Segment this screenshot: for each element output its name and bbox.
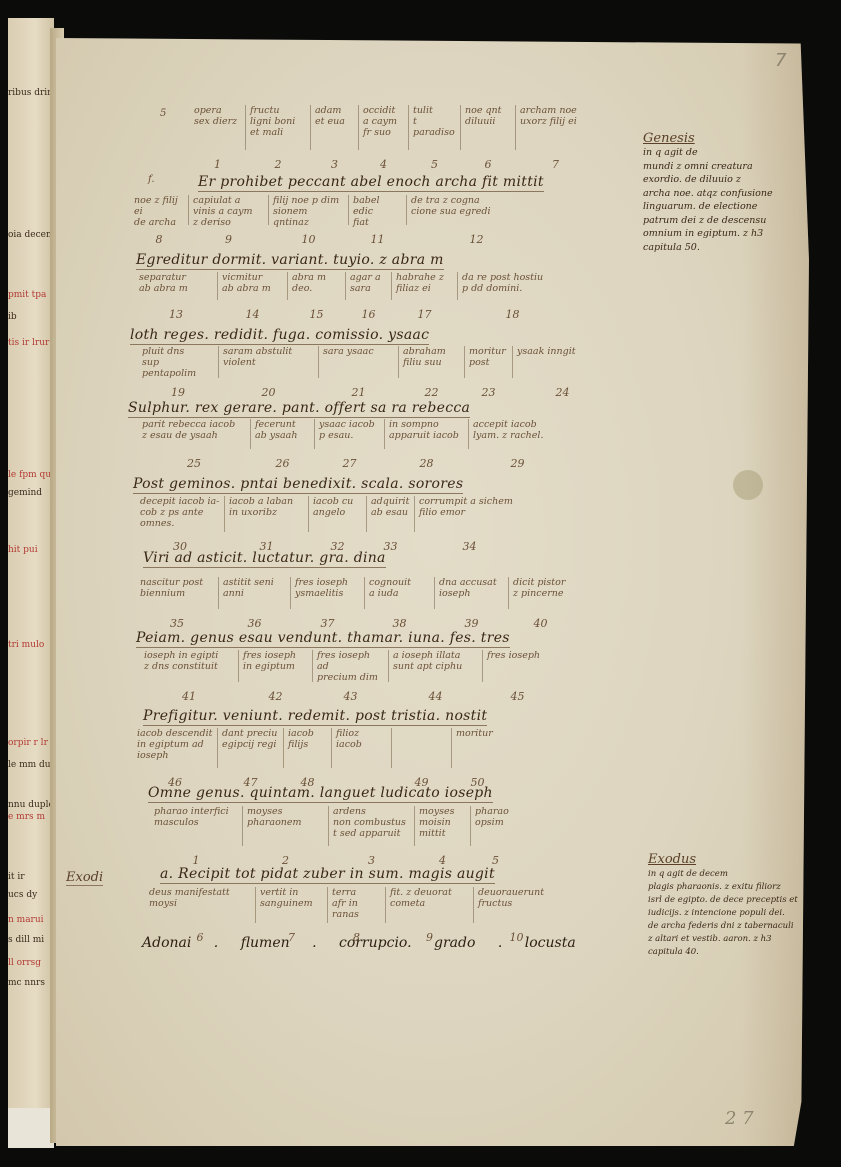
cell-number: 27: [315, 458, 384, 469]
cell-number: 20: [219, 387, 318, 398]
table-cell: dant preciu egipcij regi47: [217, 728, 283, 768]
table-cell: fres ioseph45: [482, 650, 552, 682]
cell-number: 38: [365, 618, 434, 629]
cell-text: iacob filijs: [288, 728, 327, 750]
leaf-note: gemind: [8, 488, 42, 499]
cell-text: filij noe p dim sionem qntinaz: [273, 195, 344, 228]
plagues-line: Adonai . flumen . corrupcio. grado . loc…: [142, 935, 576, 951]
table-cell: astitit seni anni36: [218, 577, 290, 609]
cell-number: 43: [313, 691, 388, 702]
cell-number: 41: [140, 691, 238, 702]
table-cell: noe z filij ei de archa8: [130, 195, 188, 225]
cell-text: iacob cu angelo: [313, 496, 362, 518]
row-cells: noe z filij ei de archa8capiulat a vinis…: [130, 195, 546, 225]
table-cell: nascitur post biennium35: [136, 577, 218, 609]
table-cell: moyses moisin mittit4: [414, 806, 470, 846]
cell-number: 4: [415, 855, 470, 866]
cell-number: 45: [483, 691, 552, 702]
row-cells: separatur ab abra m13vicmitur ab abra m1…: [135, 272, 567, 300]
table-cell: fructu ligni boni et mali2: [245, 105, 310, 150]
row-heading: Er prohibet peccant abel enoch archa fit…: [198, 174, 544, 192]
row-cells: opera sex dierz1fructu ligni boni et mal…: [190, 105, 595, 150]
cell-text: agar a sara: [350, 272, 387, 294]
table-cell: deuorauerunt fructus10: [473, 887, 559, 923]
cell-number: 42: [239, 691, 312, 702]
table-cell: filioz iacob: [331, 728, 391, 768]
table-cell: in sompno apparuit iacob28: [384, 419, 468, 449]
row-heading: Egreditur dormit. variant. tuyio. z abra…: [136, 252, 444, 270]
cell-number: 29: [469, 458, 566, 469]
leaf-note: orpir r lr: [8, 738, 48, 749]
cell-text: abra m deo.: [292, 272, 341, 294]
cell-text: dna accusat ioseph: [439, 577, 504, 599]
cell-number: 17: [392, 309, 457, 320]
leaf-note: e mrs m: [8, 812, 45, 823]
row-cells: pluit dns sup pentapolim19saram abstulit…: [138, 346, 612, 378]
table-cell: moyses pharaonem2: [242, 806, 328, 846]
cell-text: ysaak inngit: [517, 346, 608, 357]
row-cells: ioseph in egipti z dns constituit41fres …: [140, 650, 552, 682]
table-cell: adquirit ab esau33: [366, 496, 414, 532]
cell-text: fit. z deuorat cometa: [390, 887, 469, 909]
cell-number: 40: [509, 618, 572, 629]
table-cell: abra m deo.15: [287, 272, 345, 300]
table-cell: filij noe p dim sionem qntinaz10: [268, 195, 348, 225]
cell-number: 21: [319, 387, 398, 398]
exodi-margin-label: Exodi: [66, 870, 103, 886]
cell-text: dant preciu egipcij regi: [222, 728, 279, 750]
cell-number: 5: [409, 159, 460, 170]
table-cell: fres ioseph in egiptum42: [238, 650, 312, 682]
table-cell: corrumpit a sichem filio emor34: [414, 496, 524, 532]
leaf-note: ucs dy: [8, 890, 37, 901]
table-cell: abraham filiu suu22: [398, 346, 464, 378]
cell-text: fres ioseph: [487, 650, 548, 661]
cell-text: capiulat a vinis a caym z deriso: [193, 195, 264, 228]
cell-text: a ioseph illata sunt apt ciphu: [393, 650, 478, 672]
cell-number: 28: [385, 458, 468, 469]
genesis-side-note: Genesis in q agit de mundi z omni creatu…: [643, 118, 818, 254]
table-cell: occidit a caym fr suo4: [358, 105, 408, 150]
cell-text: habrahe z filiaz ei: [396, 272, 453, 294]
cell-text: noe z filij ei de archa: [134, 195, 184, 228]
table-cell: ardens non combustus t sed apparuit3: [328, 806, 414, 846]
cell-text: babel edic fiat: [353, 195, 402, 228]
table-cell: moritur post23: [464, 346, 512, 378]
table-cell: dicit pistor z pincerne40: [508, 577, 572, 609]
cell-number: 5: [471, 855, 520, 866]
row-heading: Sulphur. rex gerare. pant. offert sa ra …: [128, 400, 470, 418]
leaf-note: it ir: [8, 872, 25, 883]
cell-text: in sompno apparuit iacob: [389, 419, 464, 441]
row-heading: Peiam. genus esau vendunt. thamar. iuna.…: [136, 630, 510, 648]
table-cell: agar a sara16: [345, 272, 391, 300]
table-cell: cognouit a iuda38: [364, 577, 434, 609]
row-heading: Prefigitur. veniunt. redemit. post trist…: [143, 708, 487, 726]
leaf-note: pmit tpa: [8, 290, 46, 301]
row-heading: Viri ad asticit. luctatur. gra. dina: [143, 550, 386, 568]
exodus-side-note: Exodus in q agit de decem plagis pharaon…: [648, 840, 833, 959]
cell-number: 2: [243, 855, 328, 866]
table-cell: sara ysaac21: [318, 346, 398, 378]
table-cell: saram abstulit violent20: [218, 346, 318, 378]
cell-number: 22: [399, 387, 464, 398]
cell-text: decepit iacob ia- cob z ps ante omnes.: [140, 496, 220, 529]
cell-text: moritur post: [469, 346, 508, 368]
table-cell: iacob descendit in egiptum ad ioseph46: [133, 728, 217, 768]
genesis-note-text: in q agit de mundi z omni creatura exord…: [643, 147, 773, 253]
cell-text: noe qnt diluuii: [465, 105, 511, 127]
row-heading: a. Recipit tot pidat zuber in sum. magis…: [160, 866, 495, 884]
table-cell: vicmitur ab abra m14: [217, 272, 287, 300]
table-cell: terra afr in ranas8: [327, 887, 385, 923]
cell-text: adam et eua: [315, 105, 354, 127]
cell-number: 3: [329, 855, 414, 866]
table-cell: tulit t paradiso5: [408, 105, 460, 150]
binding-edge: [8, 1108, 54, 1148]
leaf-note: hit pui: [8, 545, 38, 556]
cell-text: iacob descendit in egiptum ad ioseph: [137, 728, 213, 761]
cell-number: 19: [138, 387, 218, 398]
leaf-note: s dill mi: [8, 935, 44, 946]
cell-number: 3: [311, 159, 358, 170]
table-cell: iacob cu angelo32: [308, 496, 366, 532]
row-cells: nascitur post biennium35astitit seni ann…: [136, 577, 572, 609]
table-cell: dna accusat ioseph39: [434, 577, 508, 609]
cell-text: fres ioseph ad precium dim: [317, 650, 384, 683]
cell-number: 24: [513, 387, 612, 398]
cell-text: tulit t paradiso: [413, 105, 456, 138]
table-cell: fecerunt ab ysaah26: [250, 419, 314, 449]
table-cell: fit. z deuorat cometa9: [385, 887, 473, 923]
table-cell: ysaak inngit24: [512, 346, 612, 378]
row-cells: iacob descendit in egiptum ad ioseph46da…: [133, 728, 503, 768]
exodus-heading: Exodus: [648, 852, 696, 867]
cell-number: 13: [135, 309, 217, 320]
table-cell: iacob filijs48: [283, 728, 331, 768]
table-cell: habrahe z filiaz ei17: [391, 272, 457, 300]
table-cell: separatur ab abra m13: [135, 272, 217, 300]
leaf-note: ib: [8, 312, 17, 323]
cell-text: nascitur post biennium: [140, 577, 214, 599]
cell-text: fres ioseph ysmaelitis: [295, 577, 360, 599]
table-cell: pharao opsim5: [470, 806, 520, 846]
cell-number: 10: [269, 234, 348, 245]
table-cell: pluit dns sup pentapolim19: [138, 346, 218, 378]
table-cell: capiulat a vinis a caym z deriso9: [188, 195, 268, 225]
cell-text: moyses moisin mittit: [419, 806, 466, 839]
pencil-number: 2 7: [725, 1108, 754, 1129]
cell-text: fructu ligni boni et mali: [250, 105, 306, 138]
table-cell: a ioseph illata sunt apt ciphu44: [388, 650, 482, 682]
cell-text: occidit a caym fr suo: [363, 105, 404, 138]
table-cell: babel edic fiat11: [348, 195, 406, 225]
row-marker: 5: [160, 108, 166, 119]
cell-number: 6: [461, 159, 515, 170]
cell-number: 14: [218, 309, 287, 320]
cell-number: 9: [189, 234, 268, 245]
cell-number: 2: [246, 159, 310, 170]
cell-number: 23: [465, 387, 512, 398]
cell-text: astitit seni anni: [223, 577, 286, 599]
table-cell: da re post hostiu p dd domini.18: [457, 272, 567, 300]
cell-text: separatur ab abra m: [139, 272, 213, 294]
cell-text: terra afr in ranas: [332, 887, 381, 920]
cell-text: vicmitur ab abra m: [222, 272, 283, 294]
table-cell: archam noe uxorz filij ei7: [515, 105, 595, 150]
cell-text: dicit pistor z pincerne: [513, 577, 568, 599]
parchment-stain: [733, 470, 763, 500]
cell-text: vertit in sanguinem: [260, 887, 323, 909]
table-cell: pharao interfici masculos1: [150, 806, 242, 846]
cell-number: 11: [349, 234, 406, 245]
cell-number: 44: [389, 691, 482, 702]
cell-number: 25: [138, 458, 250, 469]
cell-text: filioz iacob: [336, 728, 387, 750]
cell-number: 12: [407, 234, 546, 245]
genesis-heading: Genesis: [643, 131, 695, 146]
row-cells: decepit iacob ia- cob z ps ante omnes.30…: [136, 496, 524, 532]
cell-number: 4: [359, 159, 408, 170]
table-cell: accepit iacob lyam. z rachel.29: [468, 419, 566, 449]
cell-text: deuorauerunt fructus: [478, 887, 555, 909]
table-cell: noe qnt diluuii6: [460, 105, 515, 150]
cell-text: parit rebecca iacob z esau de ysaah: [142, 419, 246, 441]
table-cell: 49: [391, 728, 451, 768]
table-cell: opera sex dierz1: [190, 105, 245, 150]
cell-text: pharao interfici masculos: [154, 806, 238, 828]
cell-text: adquirit ab esau: [371, 496, 410, 518]
cell-text: ioseph in egipti z dns constituit: [144, 650, 234, 672]
table-cell: fres ioseph ysmaelitis37: [290, 577, 364, 609]
table-cell: de tra z cogna cione sua egredi12: [406, 195, 546, 225]
leaf-note: mc nnrs: [8, 978, 45, 989]
cell-number: 26: [251, 458, 314, 469]
cell-text: deus manifestatt moysi: [149, 887, 251, 909]
cell-text: sara ysaac: [323, 346, 394, 357]
row-heading: loth reges. redidit. fuga. comissio. ysa…: [130, 327, 429, 345]
cell-text: fecerunt ab ysaah: [255, 419, 310, 441]
cell-text: fres ioseph in egiptum: [243, 650, 308, 672]
cell-number: 7: [516, 159, 595, 170]
row-cells: deus manifestatt moysi6vertit in sanguin…: [145, 887, 559, 923]
table-cell: adam et eua3: [310, 105, 358, 150]
row-marker: f.: [148, 174, 155, 185]
cell-text: abraham filiu suu: [403, 346, 460, 368]
leaf-note: tis ir lrur: [8, 338, 49, 349]
cell-number: 35: [136, 618, 218, 629]
cell-text: pluit dns sup pentapolim: [142, 346, 214, 379]
cell-text: ysaac iacob p esau.: [319, 419, 380, 441]
cell-text: cognouit a iuda: [369, 577, 430, 599]
cell-text: de tra z cogna cione sua egredi: [411, 195, 542, 217]
cell-text: opera sex dierz: [194, 105, 241, 127]
cell-text: moritur: [456, 728, 499, 739]
left-facing-leaf: ribus drimooia decem..pmit tpaibtis ir l…: [8, 18, 54, 1148]
cell-number: 39: [435, 618, 508, 629]
cell-text: pharao opsim: [475, 806, 516, 828]
cell-text: moyses pharaonem: [247, 806, 324, 828]
leaf-note: tri mulo: [8, 640, 44, 651]
cell-number: 36: [219, 618, 290, 629]
table-cell: ysaac iacob p esau.27: [314, 419, 384, 449]
row-heading: Post geminos. pntai benedixit. scala. so…: [133, 476, 463, 494]
exodus-note-text: in q agit de decem plagis pharaonis. z e…: [648, 869, 798, 957]
table-cell: ioseph in egipti z dns constituit41: [140, 650, 238, 682]
cell-text: saram abstulit violent: [223, 346, 314, 368]
table-cell: fres ioseph ad precium dim43: [312, 650, 388, 682]
cell-text: da re post hostiu p dd domini.: [462, 272, 563, 294]
cell-number: 1: [190, 159, 245, 170]
table-cell: iacob a laban in uxoribz31: [224, 496, 308, 532]
cell-text: ardens non combustus t sed apparuit: [333, 806, 410, 839]
row-cells: parit rebecca iacob z esau de ysaah25fec…: [138, 419, 566, 449]
cell-number: 34: [415, 541, 524, 552]
table-cell: moritur50: [451, 728, 503, 768]
cell-text: corrumpit a sichem filio emor: [419, 496, 520, 518]
table-cell: vertit in sanguinem7: [255, 887, 327, 923]
table-cell: parit rebecca iacob z esau de ysaah25: [138, 419, 250, 449]
leaf-note: n marui: [8, 915, 44, 926]
leaf-note: le fpm qu: [8, 470, 51, 481]
cell-number: 8: [130, 234, 188, 245]
leaf-note: ll orrsg: [8, 958, 41, 969]
folio-number: 7: [775, 50, 786, 71]
cell-text: archam noe uxorz filij ei: [520, 105, 591, 127]
table-cell: decepit iacob ia- cob z ps ante omnes.30: [136, 496, 224, 532]
table-cell: deus manifestatt moysi6: [145, 887, 255, 923]
cell-number: 1: [150, 855, 242, 866]
cell-number: 15: [288, 309, 345, 320]
cell-text: iacob a laban in uxoribz: [229, 496, 304, 518]
row-heading: Omne genus. quintam. languet ludicato io…: [148, 785, 493, 803]
cell-number: 16: [346, 309, 391, 320]
cell-text: accepit iacob lyam. z rachel.: [473, 419, 562, 441]
cell-number: 18: [458, 309, 567, 320]
cell-number: 37: [291, 618, 364, 629]
row-cells: pharao interfici masculos1moyses pharaon…: [150, 806, 520, 846]
